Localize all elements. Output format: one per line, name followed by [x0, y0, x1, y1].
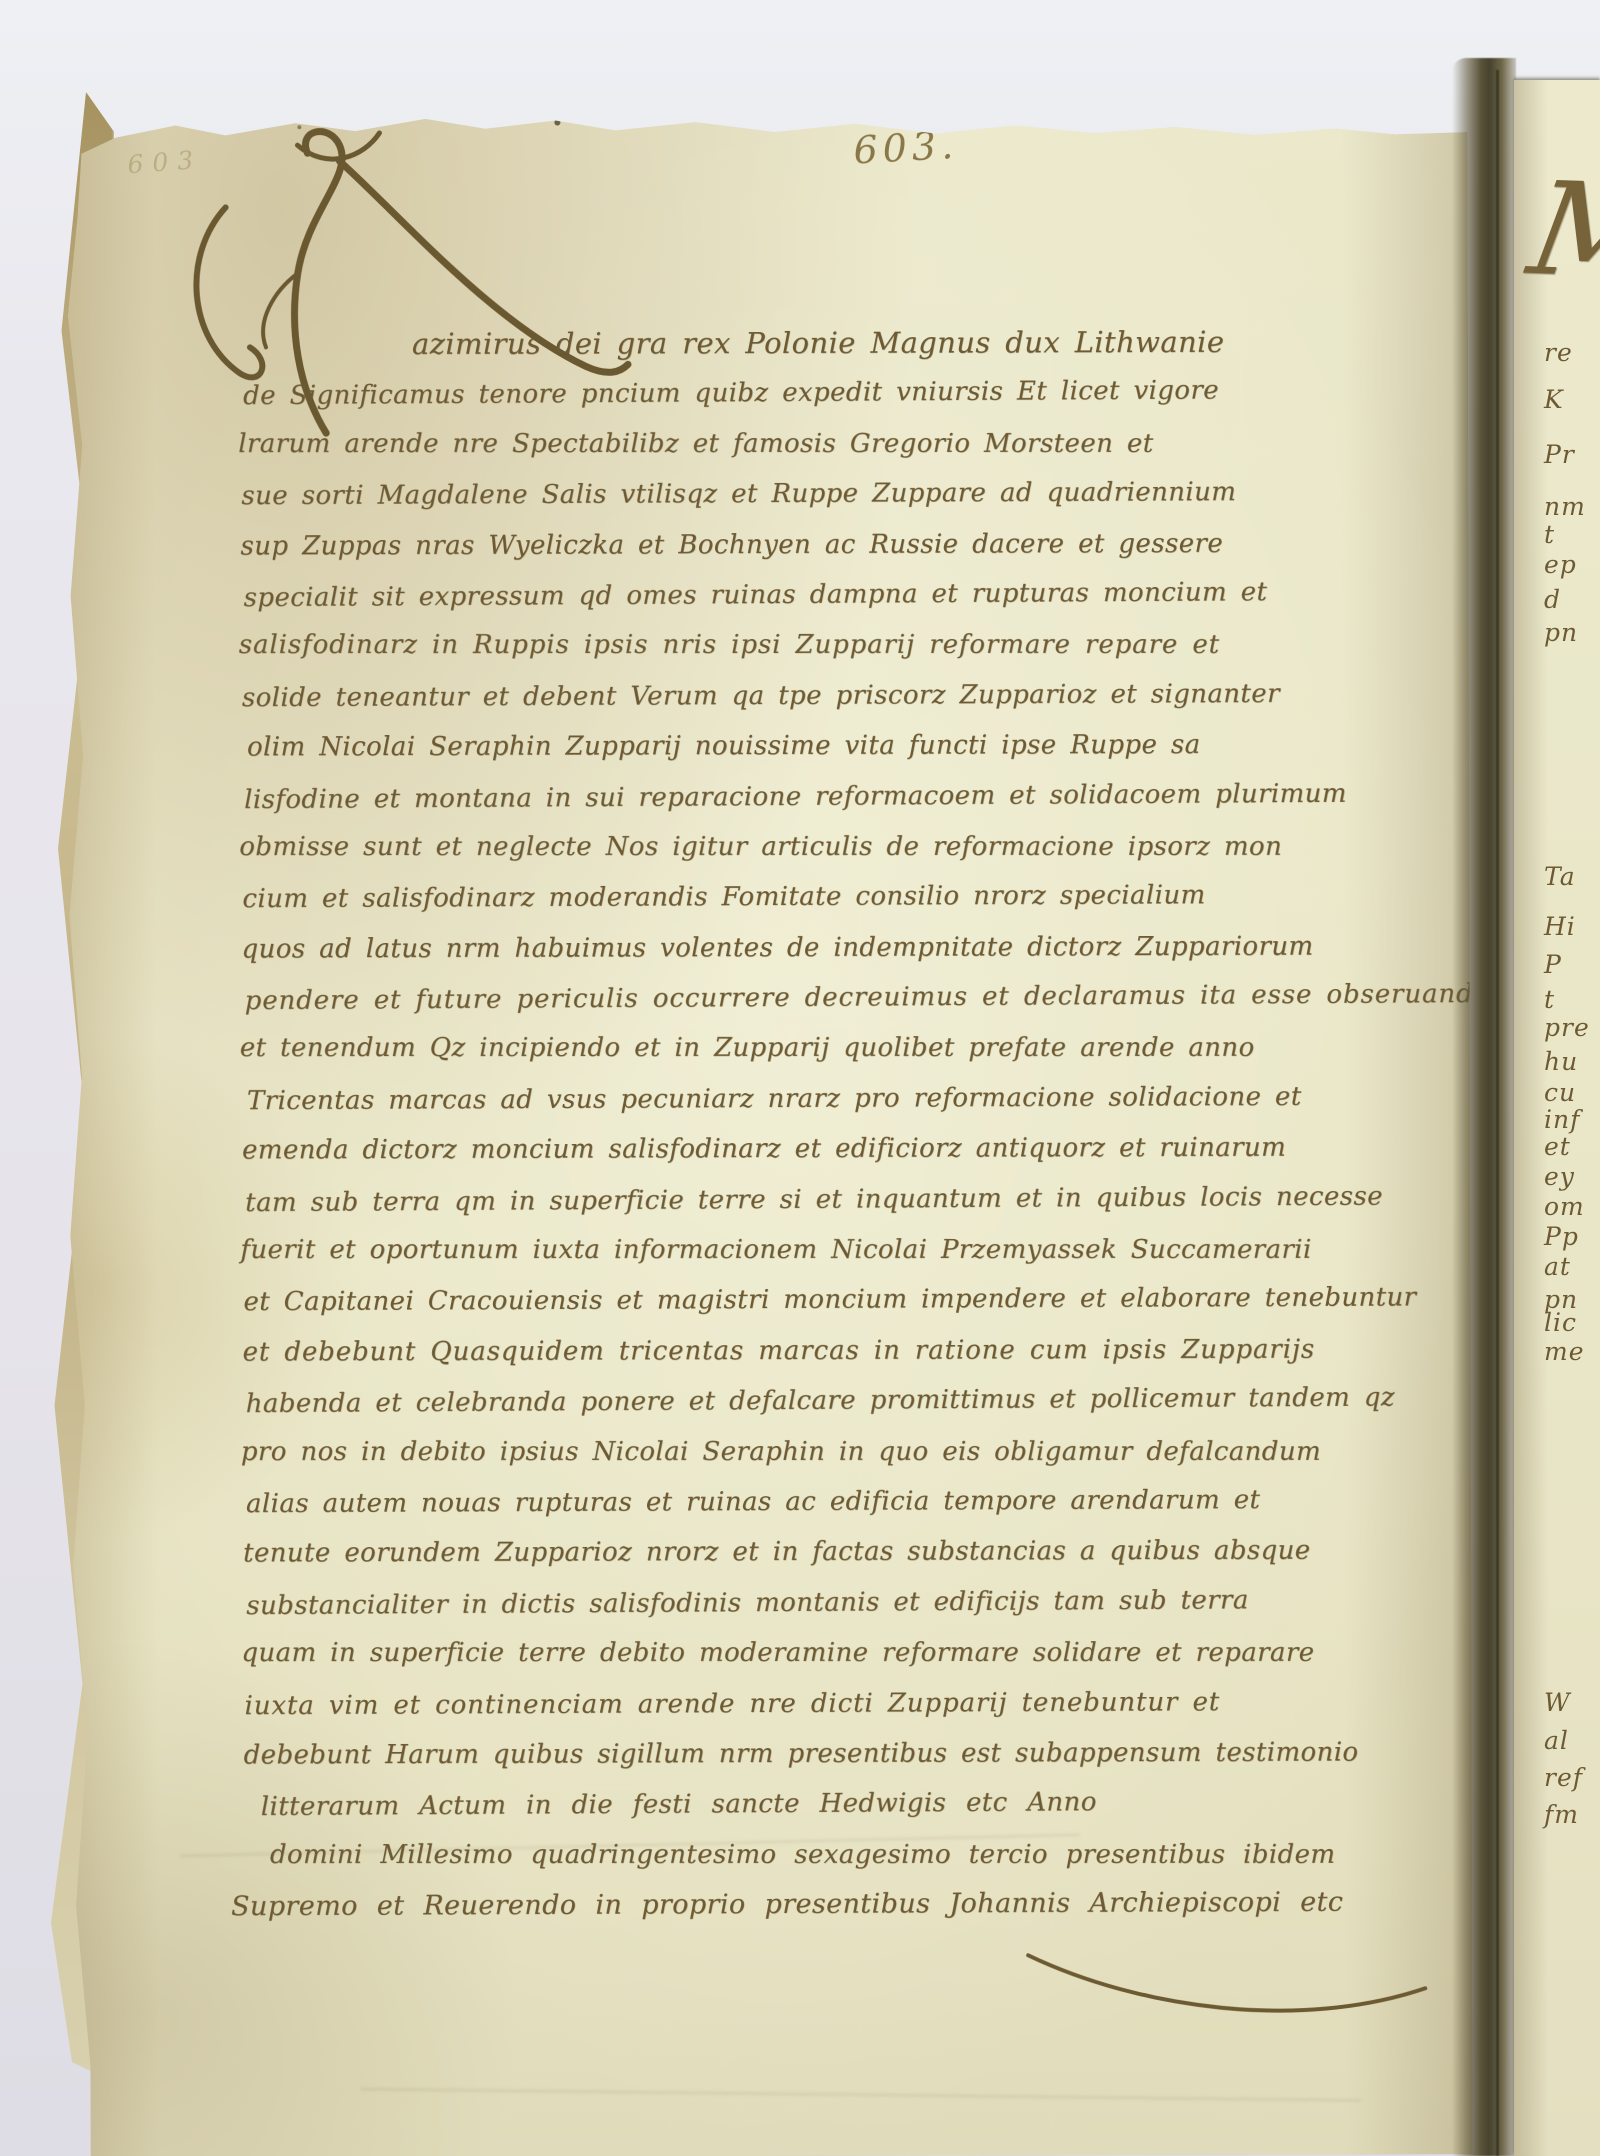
facing-page-fragment: ey	[1544, 1162, 1575, 1191]
manuscript-line: lisfodine et montana in sui reparacione …	[244, 768, 1344, 825]
facing-page-fragment: W	[1544, 1688, 1571, 1717]
manuscript-line: olim Nicolai Seraphin Zupparij nouissime…	[247, 720, 1341, 773]
facing-page-fragment: om	[1544, 1192, 1585, 1221]
facing-page-fragment: pre	[1544, 1013, 1590, 1042]
manuscript-scan: 603 603. K azimirus dei gra rex Polonie …	[0, 0, 1600, 2156]
manuscript-line: de Significamus tenore pncium quibz expe…	[243, 365, 1343, 422]
manuscript-line: azimirus dei gra rex Polonie Magnus dux …	[412, 316, 1340, 369]
manuscript-line: et Capitanei Cracouiensis et magistri mo…	[243, 1273, 1343, 1328]
manuscript-line: emenda dictorz moncium salisfodinarz et …	[242, 1123, 1342, 1176]
manuscript-line: substancialiter in dictis salisfodinis m…	[246, 1575, 1346, 1632]
manuscript-line: et debebunt Quasquidem tricentas marcas …	[243, 1324, 1343, 1377]
facing-page-fragment: me	[1544, 1337, 1585, 1366]
manuscript-line: solide teneantur et debent Verum qa tpe …	[242, 668, 1342, 723]
end-flourish-icon	[1020, 1940, 1440, 2061]
manuscript-line: habenda et celebranda ponere et defalcar…	[246, 1373, 1346, 1430]
manuscript-line: et tenendum Qz incipiendo et in Zupparij…	[240, 1023, 1340, 1074]
facing-page-fragment: ref	[1544, 1763, 1583, 1792]
manuscript-line: pro nos in debito ipsius Nicolai Seraphi…	[241, 1426, 1341, 1477]
facing-page-fragment: inf	[1544, 1105, 1580, 1134]
facing-page-fragment: lic	[1544, 1308, 1577, 1337]
manuscript-line: Supremo et Reuerendo in proprio presenti…	[231, 1878, 1345, 1933]
manuscript-line: specialit sit expressum qd omes ruinas d…	[243, 567, 1343, 624]
edge-debris-specks	[55, 86, 59, 90]
text-block: azimirus dei gra rex Polonie Magnus dux …	[240, 316, 1344, 1931]
facing-page-fragment: cu	[1544, 1078, 1576, 1107]
facing-page-fragment: ep	[1544, 550, 1577, 579]
manuscript-line: quam in superficie terre debito moderami…	[241, 1628, 1341, 1679]
book-gutter	[1452, 58, 1516, 2156]
facing-page-fragment: t	[1544, 985, 1555, 1014]
facing-page-fragment: P	[1544, 950, 1562, 979]
facing-page-fragment: Ta	[1544, 862, 1576, 891]
paper-crease	[361, 2088, 1361, 2101]
facing-page-fragment: Hi	[1544, 912, 1576, 941]
facing-page-fragment: hu	[1544, 1047, 1578, 1076]
initial-letter: K	[206, 235, 214, 246]
manuscript-line: salisfodinarz in Ruppis ipsis nris ipsi …	[239, 620, 1339, 671]
facing-page-fragment: pn	[1544, 618, 1578, 647]
facing-page-fragment: K	[1544, 385, 1564, 414]
folio-number: 603.	[852, 123, 959, 173]
manuscript-line: litterarum Actum in die festi sancte Hed…	[261, 1776, 1347, 1833]
facing-page-fragment: nm	[1544, 492, 1586, 521]
manuscript-line: debebunt Harum quibus sigillum nrm prese…	[244, 1727, 1344, 1780]
manuscript-page: 603 603. K azimirus dei gra rex Polonie …	[55, 82, 1472, 2156]
facing-page-fragment: et	[1544, 1132, 1571, 1161]
facing-page-fragment: Pr	[1544, 440, 1575, 469]
manuscript-line: sue sorti Magdalene Salis vtilisqz et Ru…	[241, 467, 1341, 522]
facing-page-fragment: d	[1544, 585, 1561, 614]
manuscript-line: Tricentas marcas ad vsus pecuniarz nrarz…	[247, 1072, 1343, 1127]
manuscript-line: alias autem nouas rupturas et ruinas ac …	[246, 1475, 1344, 1530]
facing-page-fragment: at	[1544, 1252, 1571, 1281]
gutter-shadow-line	[1496, 70, 1499, 2156]
manuscript-line: iuxta vim et continenciam arende nre dic…	[244, 1676, 1344, 1731]
manuscript-line: tenute eorundem Zupparioz nrorz et in fa…	[243, 1526, 1343, 1579]
manuscript-line: domini Millesimo quadringentesimo sexage…	[270, 1830, 1342, 1881]
manuscript-line: tam sub terra qm in superficie terre si …	[245, 1171, 1345, 1228]
facing-page-fragment: t	[1544, 520, 1555, 549]
facing-page-fragment: Pp	[1544, 1222, 1579, 1251]
manuscript-line: cium et salisfodinarz moderandis Fomitat…	[242, 870, 1342, 925]
facing-page-fragment: re	[1544, 338, 1573, 367]
manuscript-line: sup Zuppas nras Wyeliczka et Bochnyen ac…	[240, 518, 1340, 571]
manuscript-line: pendere et future periculis occurrere de…	[245, 970, 1345, 1027]
manuscript-line: quos ad latus nrm habuimus volentes de i…	[241, 921, 1341, 974]
facing-page: M reKPrnmtepdpnTaHiPtprehucuinfeteyomPpa…	[1514, 80, 1600, 2156]
facing-page-fragment: fm	[1544, 1800, 1579, 1829]
manuscript-line: obmisse sunt et neglecte Nos igitur arti…	[239, 822, 1339, 873]
manuscript-line: fuerit et oportunum iuxta informacionem …	[240, 1225, 1340, 1276]
manuscript-line: lrarum arende nre Spectabilibz et famosi…	[238, 419, 1338, 470]
facing-page-initial: M	[1524, 180, 1600, 285]
facing-page-fragment: al	[1544, 1726, 1569, 1755]
